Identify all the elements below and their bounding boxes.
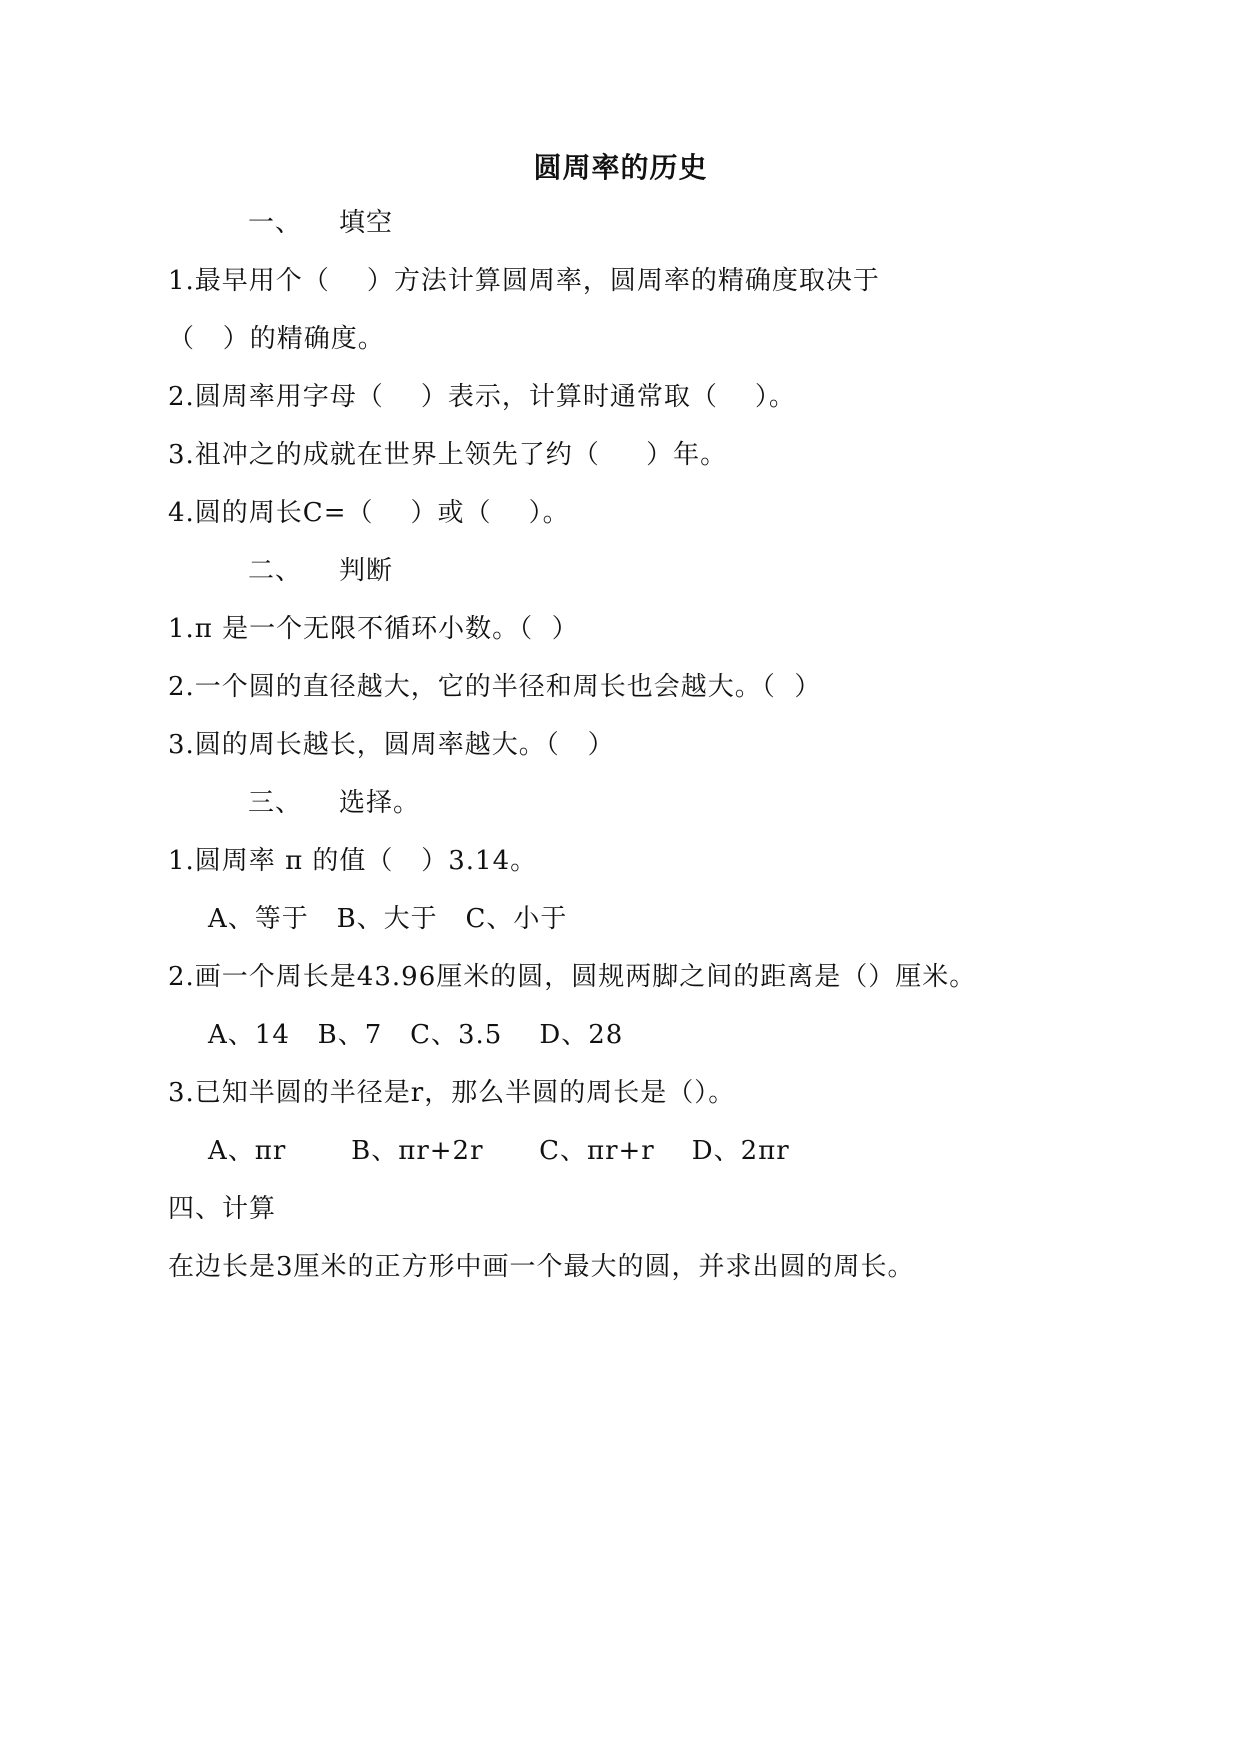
section-heading-calculation: 四、计算	[168, 1191, 276, 1227]
choice-item-3: 3.已知半圆的半径是r，那么半圆的周长是（）。	[168, 1075, 735, 1111]
fill-blank-item-1: 1.最早用个（ ）方法计算圆周率，圆周率的精确度取决于	[168, 263, 880, 299]
true-false-item-2: 2.一个圆的直径越大，它的半径和周长也会越大。（ ）	[168, 669, 821, 705]
choice-item-2: 2.画一个周长是43.96厘米的圆，圆规两脚之间的距离是（）厘米。	[168, 959, 976, 995]
choice-options-3: A、πr B、πr+2r C、πr+r D、2πr	[208, 1133, 790, 1169]
fill-blank-item-4: 4.圆的周长C=（ ）或（ ）。	[168, 495, 570, 531]
choice-options-1: A、等于 B、大于 C、小于	[208, 901, 567, 937]
choice-options-2: A、14 B、7 C、3.5 D、28	[208, 1017, 623, 1053]
calculation-item-1: 在边长是3厘米的正方形中画一个最大的圆，并求出圆的周长。	[168, 1249, 915, 1285]
fill-blank-item-3: 3.祖冲之的成就在世界上领先了约（ ）年。	[168, 437, 727, 473]
worksheet-page: 圆周率的历史 一、 填空 1.最早用个（ ）方法计算圆周率，圆周率的精确度取决于…	[0, 0, 1241, 1754]
fill-blank-item-1-cont: （ ）的精确度。	[168, 321, 385, 357]
section-heading-fill-blank: 一、 填空	[248, 205, 393, 241]
section-heading-true-false: 二、 判断	[248, 553, 393, 589]
section-heading-choice: 三、 选择。	[248, 785, 420, 821]
true-false-item-3: 3.圆的周长越长，圆周率越大。（ ）	[168, 727, 615, 763]
true-false-item-1: 1.π 是一个无限不循环小数。（ ）	[168, 611, 579, 647]
fill-blank-item-2: 2.圆周率用字母（ ）表示，计算时通常取（ ）。	[168, 379, 796, 415]
choice-item-1: 1.圆周率 π 的值（ ）3.14。	[168, 843, 537, 879]
page-title: 圆周率的历史	[0, 146, 1241, 186]
